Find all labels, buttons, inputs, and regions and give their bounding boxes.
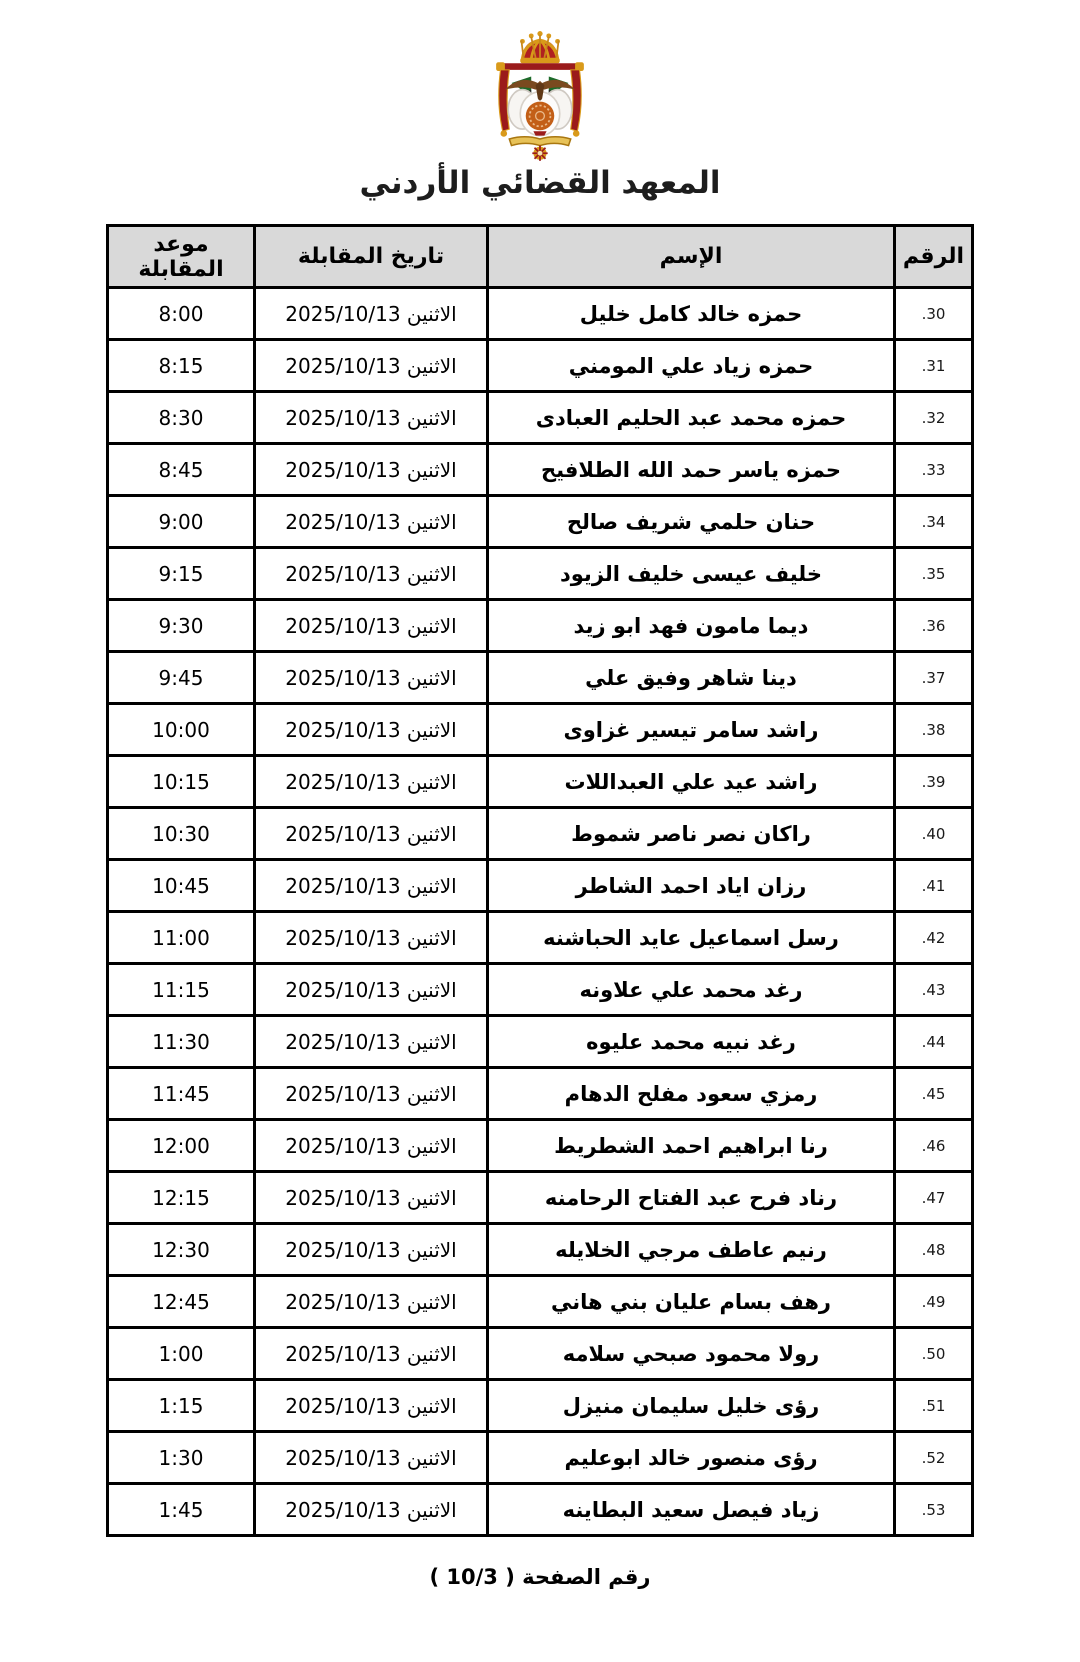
table-header-row: الرقم الإسم تاريخ المقابلة موعد المقابلة (108, 226, 973, 288)
table-row: 52.رؤى منصور خالد ابوعليمالاثنين 2025/10… (108, 1432, 973, 1484)
row-number-cell: 40. (895, 808, 973, 860)
table-row: 32.حمزه محمد عبد الحليم العبادىالاثنين 2… (108, 392, 973, 444)
time-cell: 9:00 (108, 496, 255, 548)
table-row: 36.ديما مامون فهد ابو زيدالاثنين 2025/10… (108, 600, 973, 652)
institute-name-calligraphy: المعهد القضائي الأردني (0, 166, 1080, 200)
date-cell: الاثنين 2025/10/13 (255, 1224, 488, 1276)
row-number-cell: 47. (895, 1172, 973, 1224)
name-cell: حنان حلمي شريف صالح (488, 496, 895, 548)
date-cell: الاثنين 2025/10/13 (255, 1432, 488, 1484)
name-cell: راشد عيد علي العبداللات (488, 756, 895, 808)
name-cell: رولا محمود صبحي سلامه (488, 1328, 895, 1380)
name-cell: رسل اسماعيل عايد الحباشنه (488, 912, 895, 964)
name-cell: حمزه ياسر حمد الله الطلافيح (488, 444, 895, 496)
row-number-cell: 45. (895, 1068, 973, 1120)
time-cell: 12:15 (108, 1172, 255, 1224)
table-row: 38.راشد سامر تيسير غزاوىالاثنين 2025/10/… (108, 704, 973, 756)
time-cell: 10:15 (108, 756, 255, 808)
row-number-cell: 30. (895, 288, 973, 340)
time-cell: 1:00 (108, 1328, 255, 1380)
name-cell: راشد سامر تيسير غزاوى (488, 704, 895, 756)
name-cell: حمزه زياد علي المومني (488, 340, 895, 392)
date-cell: الاثنين 2025/10/13 (255, 340, 488, 392)
name-cell: راكان نصر ناصر شموط (488, 808, 895, 860)
interview-schedule-table: الرقم الإسم تاريخ المقابلة موعد المقابلة… (106, 224, 974, 1537)
time-cell: 11:00 (108, 912, 255, 964)
name-cell: رغد محمد علي علاونه (488, 964, 895, 1016)
table-row: 51.رؤى خليل سليمان منيزلالاثنين 2025/10/… (108, 1380, 973, 1432)
date-cell: الاثنين 2025/10/13 (255, 1172, 488, 1224)
time-cell: 12:45 (108, 1276, 255, 1328)
date-cell: الاثنين 2025/10/13 (255, 600, 488, 652)
document-page: المعهد القضائي الأردني الرقم الإسم تاريخ… (0, 0, 1080, 1662)
table-row: 41.رزان اياد احمد الشاطرالاثنين 2025/10/… (108, 860, 973, 912)
date-cell: الاثنين 2025/10/13 (255, 1016, 488, 1068)
time-cell: 10:00 (108, 704, 255, 756)
date-cell: الاثنين 2025/10/13 (255, 1484, 488, 1536)
table-row: 48.رنيم عاطف مرجي الخلايلهالاثنين 2025/1… (108, 1224, 973, 1276)
row-number-cell: 44. (895, 1016, 973, 1068)
date-cell: الاثنين 2025/10/13 (255, 1328, 488, 1380)
table-row: 39.راشد عيد علي العبداللاتالاثنين 2025/1… (108, 756, 973, 808)
date-cell: الاثنين 2025/10/13 (255, 808, 488, 860)
row-number-cell: 50. (895, 1328, 973, 1380)
name-cell: رمزي سعود مفلح الدهام (488, 1068, 895, 1120)
table-row: 46.رنا ابراهيم احمد الشطريطالاثنين 2025/… (108, 1120, 973, 1172)
name-cell: رنيم عاطف مرجي الخلايله (488, 1224, 895, 1276)
row-number-cell: 39. (895, 756, 973, 808)
row-number-cell: 33. (895, 444, 973, 496)
date-cell: الاثنين 2025/10/13 (255, 652, 488, 704)
name-cell: رزان اياد احمد الشاطر (488, 860, 895, 912)
header-number: الرقم (895, 226, 973, 288)
date-cell: الاثنين 2025/10/13 (255, 288, 488, 340)
time-cell: 10:30 (108, 808, 255, 860)
table-row: 35.خليف عيسى خليف الزيودالاثنين 2025/10/… (108, 548, 973, 600)
row-number-cell: 32. (895, 392, 973, 444)
time-cell: 10:45 (108, 860, 255, 912)
row-number-cell: 49. (895, 1276, 973, 1328)
date-cell: الاثنين 2025/10/13 (255, 704, 488, 756)
time-cell: 11:15 (108, 964, 255, 1016)
row-number-cell: 37. (895, 652, 973, 704)
date-cell: الاثنين 2025/10/13 (255, 1380, 488, 1432)
medal-icon (532, 146, 547, 161)
crown-icon (520, 31, 560, 63)
date-cell: الاثنين 2025/10/13 (255, 964, 488, 1016)
name-cell: رناد فرح عبد الفتاح الرحامنه (488, 1172, 895, 1224)
table-row: 49.رهف بسام عليان بني هانيالاثنين 2025/1… (108, 1276, 973, 1328)
name-cell: دينا شاهر وفيق علي (488, 652, 895, 704)
date-cell: الاثنين 2025/10/13 (255, 1068, 488, 1120)
table-row: 42.رسل اسماعيل عايد الحباشنهالاثنين 2025… (108, 912, 973, 964)
row-number-cell: 51. (895, 1380, 973, 1432)
schedule-table-body: 30.حمزه خالد كامل خليلالاثنين 2025/10/13… (108, 288, 973, 1536)
row-number-cell: 53. (895, 1484, 973, 1536)
table-row: 30.حمزه خالد كامل خليلالاثنين 2025/10/13… (108, 288, 973, 340)
date-cell: الاثنين 2025/10/13 (255, 548, 488, 600)
name-cell: حمزه خالد كامل خليل (488, 288, 895, 340)
row-number-cell: 36. (895, 600, 973, 652)
row-number-cell: 34. (895, 496, 973, 548)
name-cell: رؤى منصور خالد ابوعليم (488, 1432, 895, 1484)
row-number-cell: 35. (895, 548, 973, 600)
row-number-cell: 43. (895, 964, 973, 1016)
time-cell: 8:45 (108, 444, 255, 496)
date-cell: الاثنين 2025/10/13 (255, 496, 488, 548)
name-cell: حمزه محمد عبد الحليم العبادى (488, 392, 895, 444)
time-cell: 8:15 (108, 340, 255, 392)
table-row: 45.رمزي سعود مفلح الدهامالاثنين 2025/10/… (108, 1068, 973, 1120)
page-number-footer: رقم الصفحة ( 10/3 ) (0, 1565, 1080, 1589)
date-cell: الاثنين 2025/10/13 (255, 444, 488, 496)
date-cell: الاثنين 2025/10/13 (255, 392, 488, 444)
row-number-cell: 41. (895, 860, 973, 912)
name-cell: رنا ابراهيم احمد الشطريط (488, 1120, 895, 1172)
name-cell: رغد نبيه محمد عليوه (488, 1016, 895, 1068)
time-cell: 1:45 (108, 1484, 255, 1536)
row-number-cell: 31. (895, 340, 973, 392)
jordan-coat-of-arms-icon (474, 26, 606, 162)
time-cell: 12:30 (108, 1224, 255, 1276)
time-cell: 12:00 (108, 1120, 255, 1172)
time-cell: 9:30 (108, 600, 255, 652)
table-row: 53.زياد فيصل سعيد البطاينهالاثنين 2025/1… (108, 1484, 973, 1536)
table-row: 40.راكان نصر ناصر شموطالاثنين 2025/10/13… (108, 808, 973, 860)
time-cell: 11:30 (108, 1016, 255, 1068)
header-time: موعد المقابلة (108, 226, 255, 288)
date-cell: الاثنين 2025/10/13 (255, 912, 488, 964)
date-cell: الاثنين 2025/10/13 (255, 1276, 488, 1328)
row-number-cell: 38. (895, 704, 973, 756)
date-cell: الاثنين 2025/10/13 (255, 1120, 488, 1172)
time-cell: 8:30 (108, 392, 255, 444)
table-row: 47.رناد فرح عبد الفتاح الرحامنهالاثنين 2… (108, 1172, 973, 1224)
time-cell: 9:15 (108, 548, 255, 600)
time-cell: 1:15 (108, 1380, 255, 1432)
time-cell: 1:30 (108, 1432, 255, 1484)
time-cell: 9:45 (108, 652, 255, 704)
name-cell: خليف عيسى خليف الزيود (488, 548, 895, 600)
table-row: 43.رغد محمد علي علاونهالاثنين 2025/10/13… (108, 964, 973, 1016)
name-cell: رؤى خليل سليمان منيزل (488, 1380, 895, 1432)
name-cell: ديما مامون فهد ابو زيد (488, 600, 895, 652)
table-row: 33.حمزه ياسر حمد الله الطلافيحالاثنين 20… (108, 444, 973, 496)
table-row: 31.حمزه زياد علي المومنيالاثنين 2025/10/… (108, 340, 973, 392)
row-number-cell: 42. (895, 912, 973, 964)
table-row: 50.رولا محمود صبحي سلامهالاثنين 2025/10/… (108, 1328, 973, 1380)
table-row: 37.دينا شاهر وفيق عليالاثنين 2025/10/139… (108, 652, 973, 704)
time-cell: 11:45 (108, 1068, 255, 1120)
name-cell: زياد فيصل سعيد البطاينه (488, 1484, 895, 1536)
table-row: 44.رغد نبيه محمد عليوهالاثنين 2025/10/13… (108, 1016, 973, 1068)
date-cell: الاثنين 2025/10/13 (255, 756, 488, 808)
header-name: الإسم (488, 226, 895, 288)
name-cell: رهف بسام عليان بني هاني (488, 1276, 895, 1328)
header-date: تاريخ المقابلة (255, 226, 488, 288)
date-cell: الاثنين 2025/10/13 (255, 860, 488, 912)
ribbon-banner-icon (509, 137, 570, 146)
row-number-cell: 48. (895, 1224, 973, 1276)
row-number-cell: 52. (895, 1432, 973, 1484)
document-header: المعهد القضائي الأردني (0, 0, 1080, 200)
table-row: 34.حنان حلمي شريف صالحالاثنين 2025/10/13… (108, 496, 973, 548)
time-cell: 8:00 (108, 288, 255, 340)
row-number-cell: 46. (895, 1120, 973, 1172)
